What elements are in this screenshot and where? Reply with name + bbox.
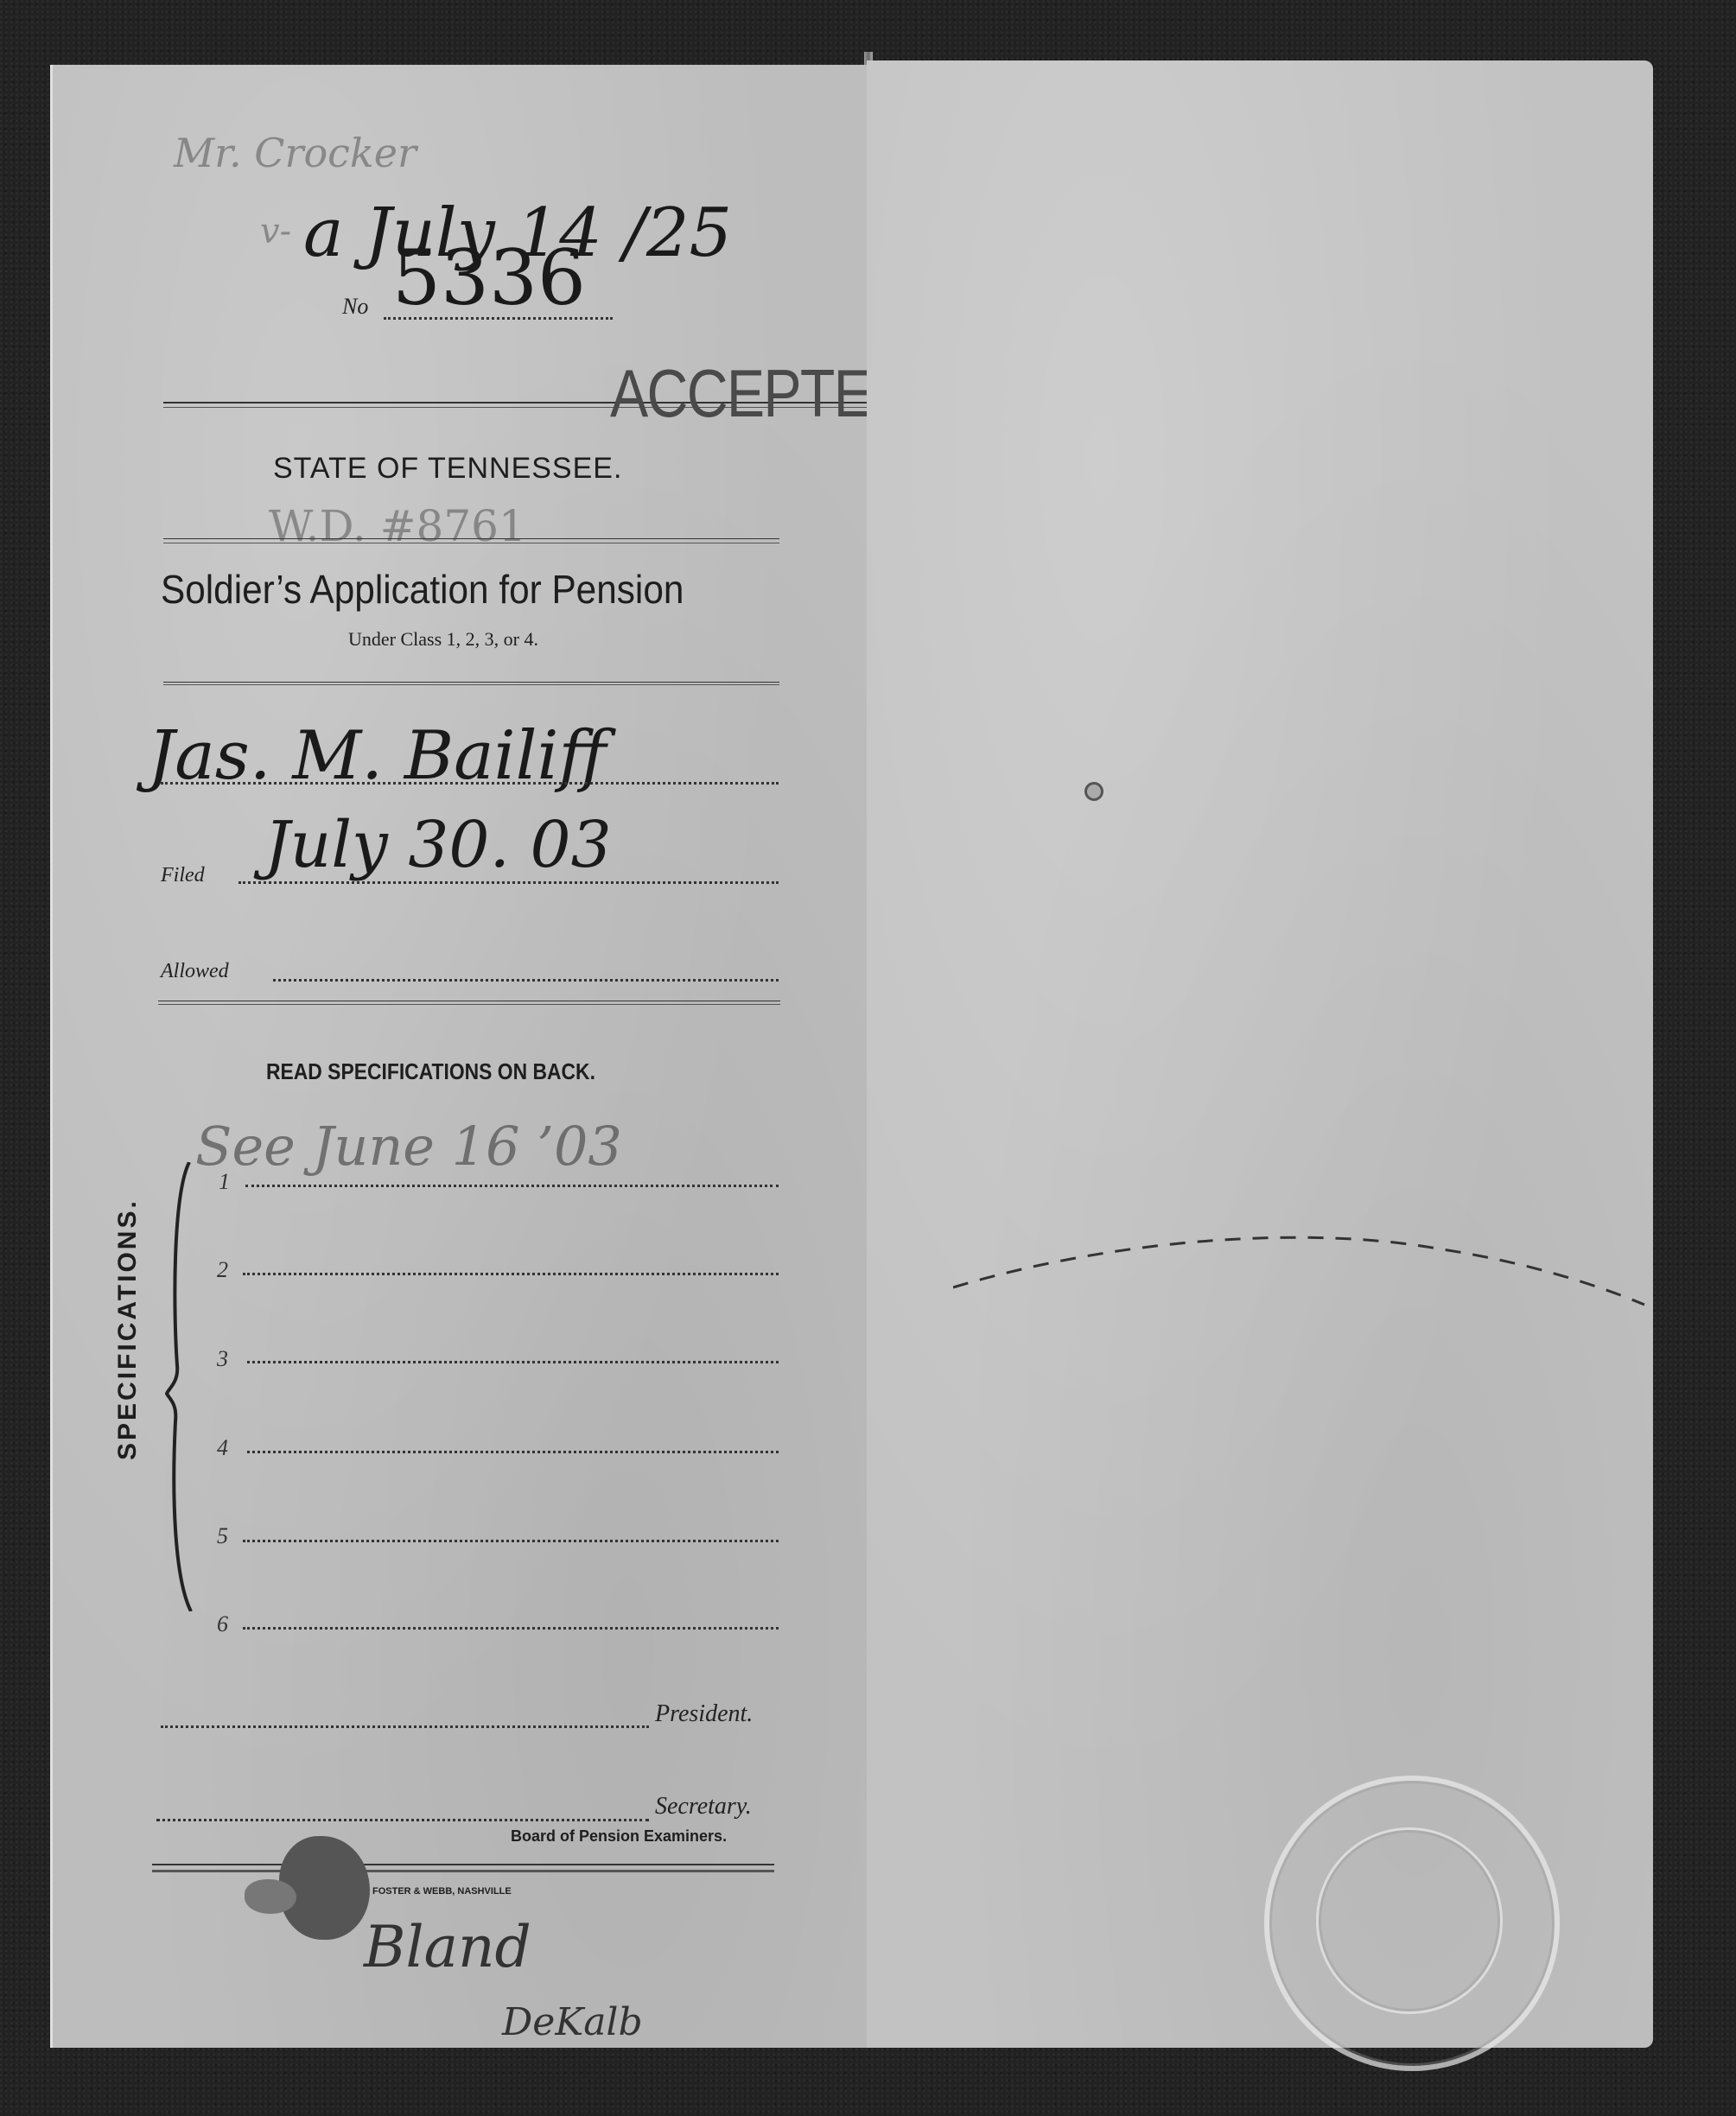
left-page-form: Mr. Crocker v- a July 14 /25 No 5336 ACC… [50, 65, 874, 2048]
allowed-rule [158, 1001, 780, 1005]
application-number: 5336 [392, 233, 586, 322]
subtitle-rule [163, 682, 779, 685]
board-label: Board of Pension Examiners. [511, 1827, 727, 1846]
top-faint-note: Mr. Crocker [174, 130, 417, 176]
spec-6-line[interactable] [243, 1627, 779, 1630]
spec-1-number: 1 [219, 1169, 230, 1195]
spec-5-number: 5 [217, 1523, 228, 1549]
state-rule [163, 538, 779, 543]
spec-1-line[interactable] [245, 1185, 779, 1187]
spec-2-number: 2 [217, 1257, 228, 1283]
spec-3-line[interactable] [247, 1361, 779, 1363]
secretary-label: Secretary. [655, 1793, 752, 1821]
filed-date: July 30. 03 [264, 808, 612, 882]
spec-3-number: 3 [217, 1346, 228, 1372]
spec-1-value: See June 16 ’03 [195, 1115, 622, 1178]
punch-hole [1084, 782, 1103, 801]
right-page-blank [867, 60, 1653, 2048]
county-handwritten: Bland [364, 1914, 531, 1980]
county-handwritten-2: DeKalb [502, 2000, 643, 2044]
embossed-seal-inner [1316, 1827, 1503, 2014]
printer-imprint: FOSTER & WEBB, NASHVILLE [372, 1886, 512, 1897]
allowed-label: Allowed [161, 960, 229, 983]
accepted-stamp: ACCEPTED [610, 354, 910, 433]
secretary-signature-line[interactable] [156, 1819, 649, 1821]
bottom-double-rule [152, 1864, 774, 1872]
faint-reference: W.D. #8761 [269, 501, 526, 551]
ink-blot-small [245, 1879, 296, 1914]
allowed-line[interactable] [273, 979, 779, 982]
form-subtitle: Under Class 1, 2, 3, or 4. [348, 628, 538, 651]
state-heading: STATE OF TENNESSEE. [273, 452, 622, 486]
spec-6-number: 6 [217, 1611, 228, 1637]
filed-line[interactable] [238, 881, 779, 884]
president-label: President. [655, 1700, 753, 1728]
crease-crack [953, 1210, 1653, 1313]
president-signature-line[interactable] [161, 1725, 649, 1728]
spec-2-line[interactable] [243, 1273, 779, 1275]
filed-label: Filed [161, 864, 205, 887]
form-title: Soldier’s Application for Pension [161, 566, 684, 613]
spec-5-line[interactable] [243, 1540, 779, 1542]
spec-4-number: 4 [217, 1435, 228, 1461]
applicant-name-line[interactable] [161, 782, 779, 785]
spec-4-line[interactable] [247, 1451, 779, 1453]
specifications-brace-icon [165, 1162, 200, 1611]
specifications-label: SPECIFICATIONS. [113, 1198, 143, 1460]
read-specs-heading: READ SPECIFICATIONS ON BACK. [266, 1058, 595, 1085]
number-label: No [342, 294, 368, 320]
faint-prefix: v- [260, 212, 291, 251]
